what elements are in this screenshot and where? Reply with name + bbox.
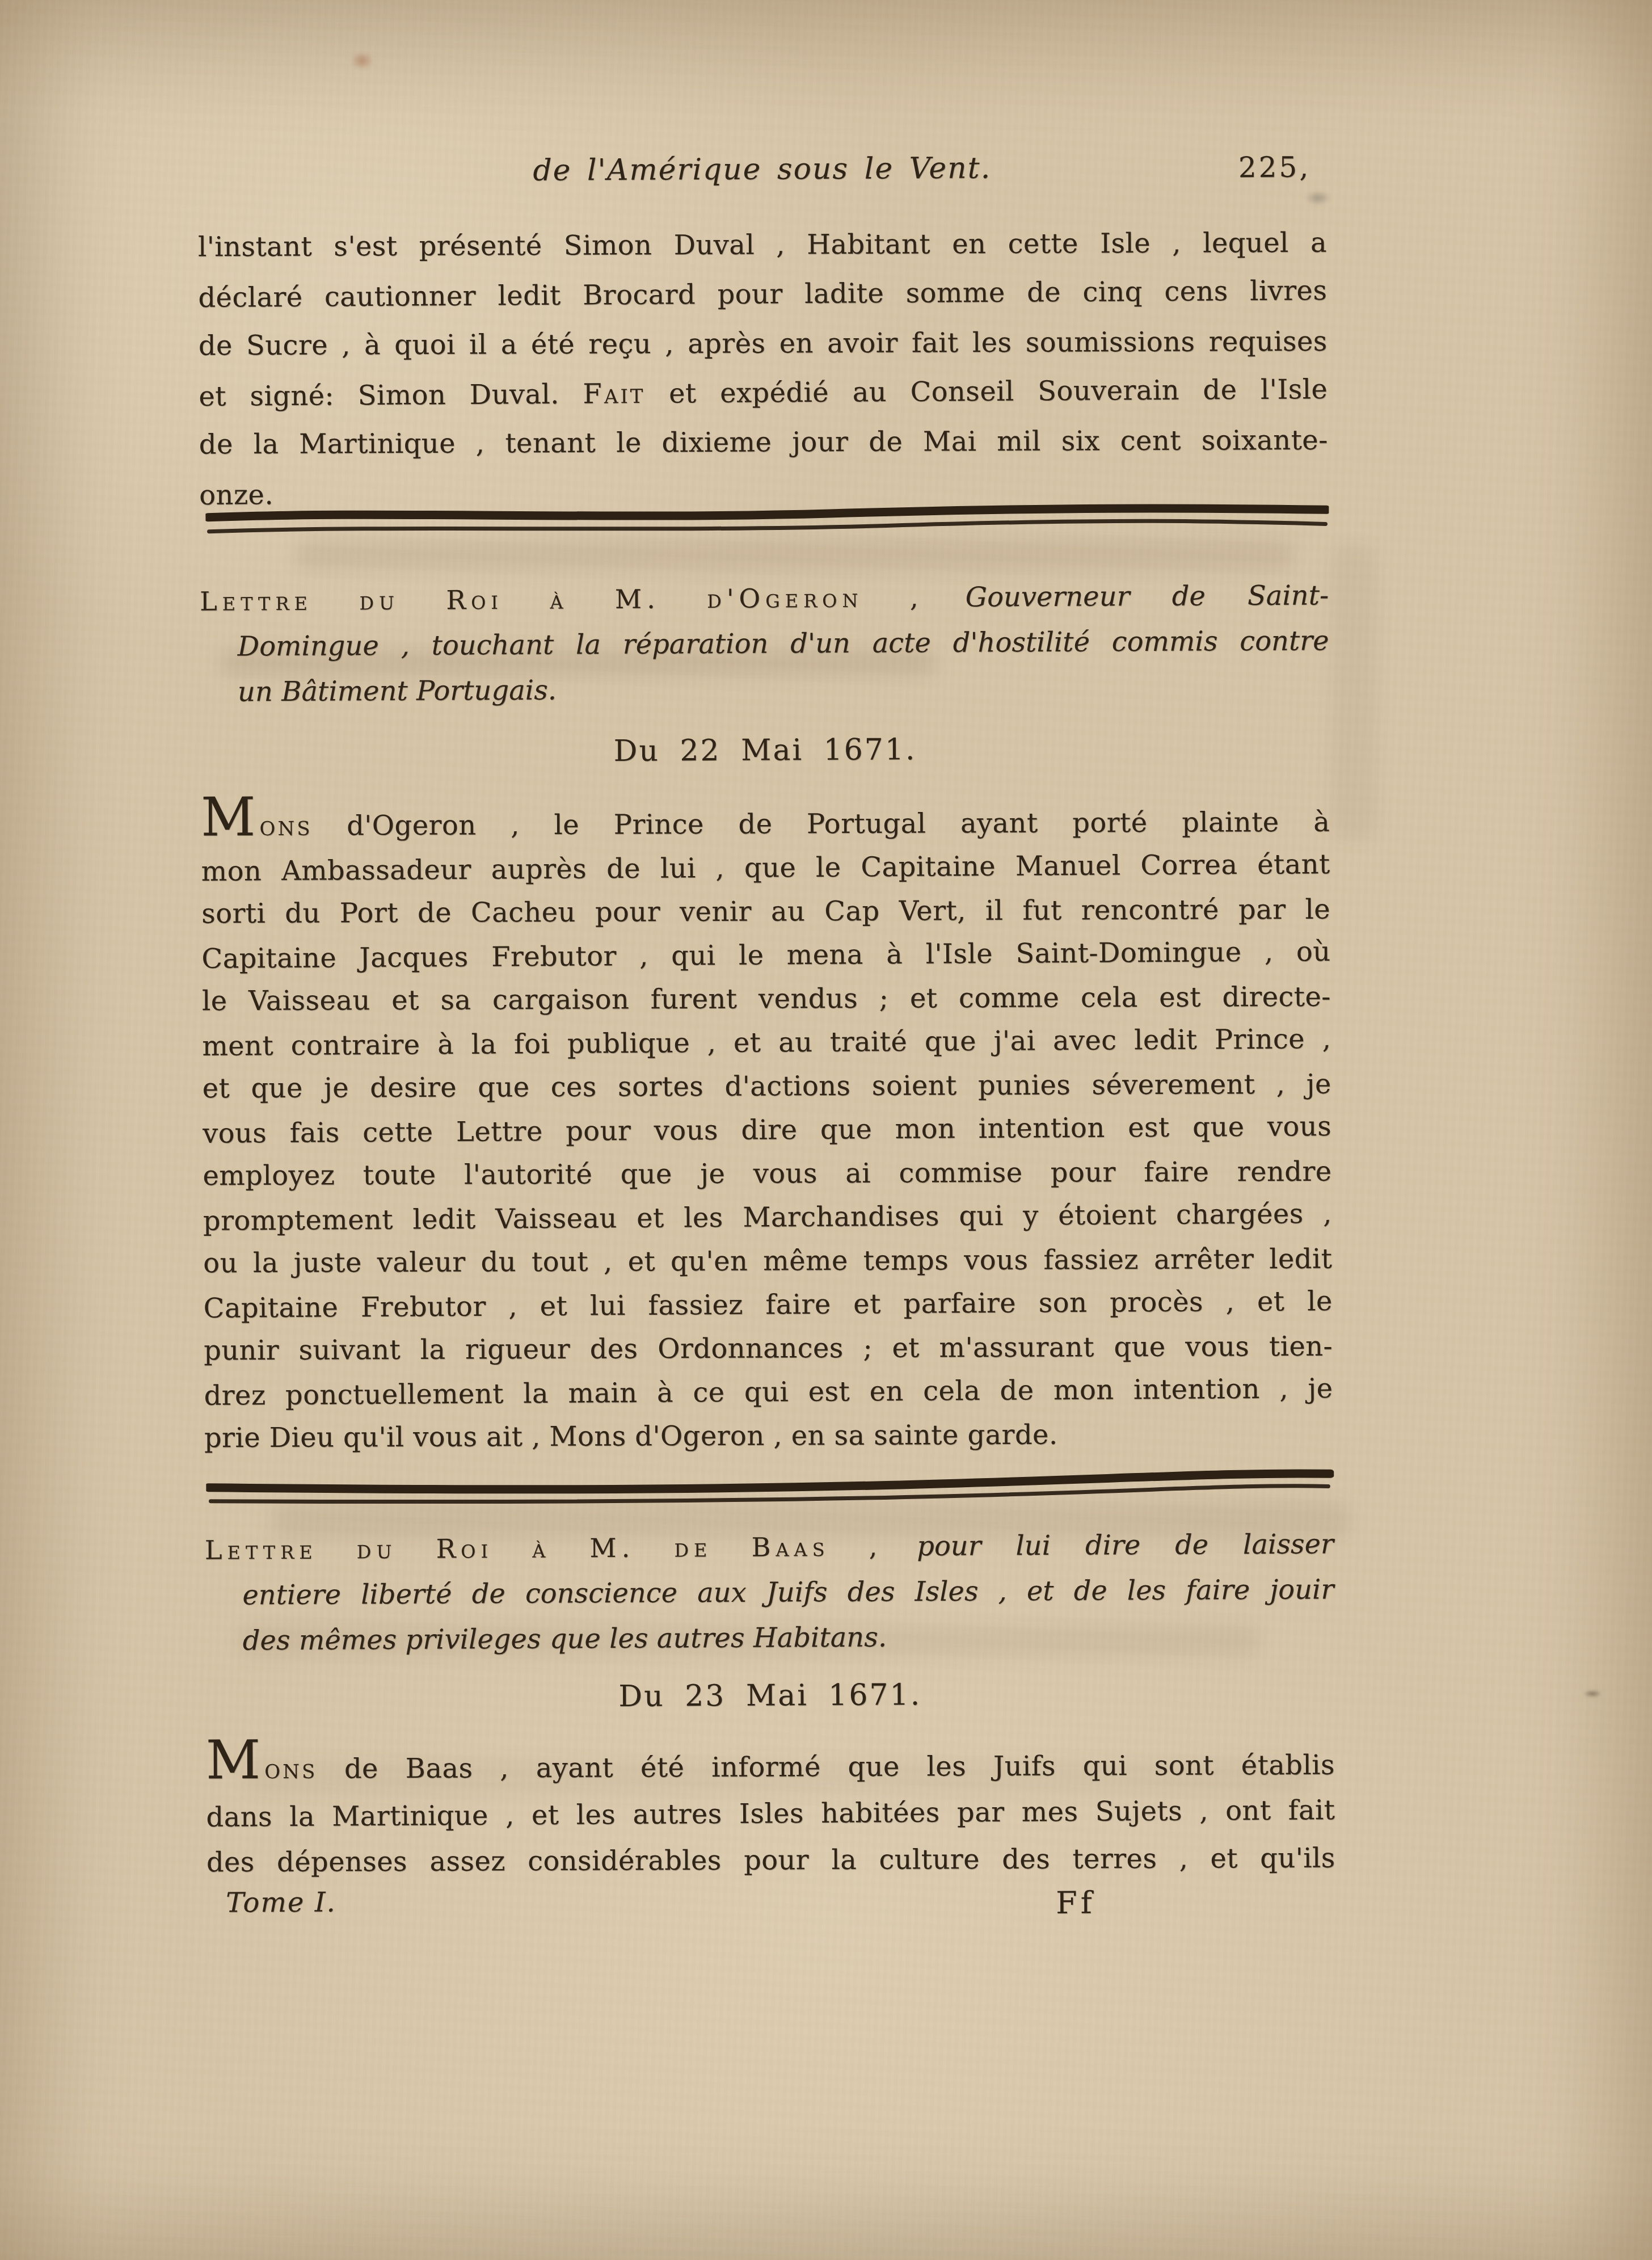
drop-cap-initial: M [206, 1729, 263, 1791]
page-number: 225, [1238, 151, 1311, 184]
text-line: dans la Martinique , et les autres Isles… [206, 1787, 1335, 1841]
text-segment: d'Ogeron , le Prince de Portugal ayant p… [312, 806, 1330, 842]
text-line: et signé: Simon Duval. Fait et expédié a… [199, 365, 1328, 422]
section-divider-rule [205, 502, 1329, 540]
text-line: mon Ambassadeur auprès de lui , que le C… [201, 843, 1330, 894]
text-segment: de Baas , ayant été informé que les Juif… [317, 1749, 1335, 1785]
tome-label: Tome I. [226, 1887, 336, 1919]
heading-line: un Bâtiment Portugais. [200, 663, 1329, 714]
text-line: prie Dieu qu'il vous ait , Mons d'Ogeron… [204, 1412, 1333, 1461]
heading-line: entiere liberté de conscience aux Juifs … [205, 1567, 1334, 1618]
book-page-scan: de l'Amérique sous le Vent. 225, l'insta… [0, 0, 1652, 2260]
heading-italic: Gouverneur de Saint- [966, 579, 1329, 613]
text-segment: et expédié au Conseil Souverain de l'Isl… [645, 373, 1327, 410]
heading-line: Lettre du Roi à M. de Baas , pour lui di… [205, 1521, 1334, 1572]
running-header-title: de l'Amérique sous le Vent. [533, 151, 991, 187]
text-line: Mons de Baas , ayant été informé que les… [206, 1733, 1335, 1793]
text-segment: et signé: Simon Duval. [199, 378, 583, 413]
text-line: de la Martinique , tenant le dixieme jou… [199, 416, 1328, 470]
text-line: Mons d'Ogeron , le Prince de Portugal ay… [201, 792, 1330, 849]
text-line: vous fais cette Lettre pour vous dire qu… [203, 1105, 1331, 1156]
heading-smallcaps: Lettre du Roi à M. de Baas , [205, 1531, 883, 1565]
heading-line: Domingue , touchant la réparation d'un a… [200, 618, 1329, 669]
text-line: Capitaine Frebutor , et lui fassiez fair… [203, 1280, 1332, 1331]
letter1-heading: Lettre du Roi à M. d'Ogeron , Gouverneur… [200, 573, 1329, 714]
text-line: punir suivant la rigueur des Ordonnances… [204, 1325, 1333, 1373]
text-line: sorti du Port de Cacheu pour venir au Ca… [201, 888, 1330, 936]
text-line: drez ponctuellement la main à ce qui est… [204, 1367, 1333, 1418]
heading-line: Lettre du Roi à M. d'Ogeron , Gouverneur… [200, 573, 1329, 624]
text-line: et que je desire que ces sortes d'action… [203, 1063, 1331, 1111]
text-line: ou la juste valeur du tout , et qu'en mê… [203, 1238, 1332, 1286]
text-line: l'instant s'est présenté Simon Duval , H… [198, 218, 1327, 272]
smallcaps-word: Fait [583, 378, 645, 410]
text-line: des dépenses assez considérables pour la… [206, 1835, 1335, 1886]
running-header: de l'Amérique sous le Vent. 225, [197, 149, 1326, 200]
letter2-body: Mons de Baas , ayant été informé que les… [206, 1732, 1335, 1886]
heading-smallcaps: Lettre du Roi à M. d'Ogeron , [200, 582, 924, 617]
letter2-date: Du 23 Mai 1671. [205, 1676, 1334, 1715]
text-line: employez toute l'autorité que je vous ai… [203, 1150, 1331, 1198]
letter2-heading: Lettre du Roi à M. de Baas , pour lui di… [205, 1521, 1334, 1663]
section-divider-rule [206, 1468, 1334, 1508]
text-line: promptement ledit Vaisseau et les Marcha… [203, 1192, 1332, 1243]
heading-line: des mêmes privileges que les autres Habi… [205, 1612, 1334, 1663]
signature-mark: Ff [1056, 1885, 1095, 1921]
text-line: ment contraire à la foi publique , et au… [202, 1017, 1331, 1068]
text-line: Capitaine Jacques Frebutor , qui le mena… [201, 930, 1330, 981]
heading-italic: pour lui dire de laisser [917, 1528, 1334, 1562]
letter1-body: Mons d'Ogeron , le Prince de Portugal ay… [201, 790, 1333, 1461]
intro-paragraph: l'instant s'est présenté Simon Duval , H… [198, 217, 1329, 519]
page-footer: Tome I. Ff [206, 1881, 1335, 1938]
smallcaps-word: ons [259, 810, 312, 842]
text-line: déclaré cautionner ledit Brocard pour la… [198, 266, 1327, 323]
drop-cap-initial: M [201, 786, 258, 848]
text-line: de Sucre , à quoi il a été reçu , après … [199, 317, 1327, 371]
smallcaps-word: ons [264, 1753, 317, 1785]
text-line: le Vaisseau et sa cargaison furent vendu… [202, 975, 1331, 1024]
letter1-date: Du 22 Mai 1671. [200, 730, 1329, 770]
